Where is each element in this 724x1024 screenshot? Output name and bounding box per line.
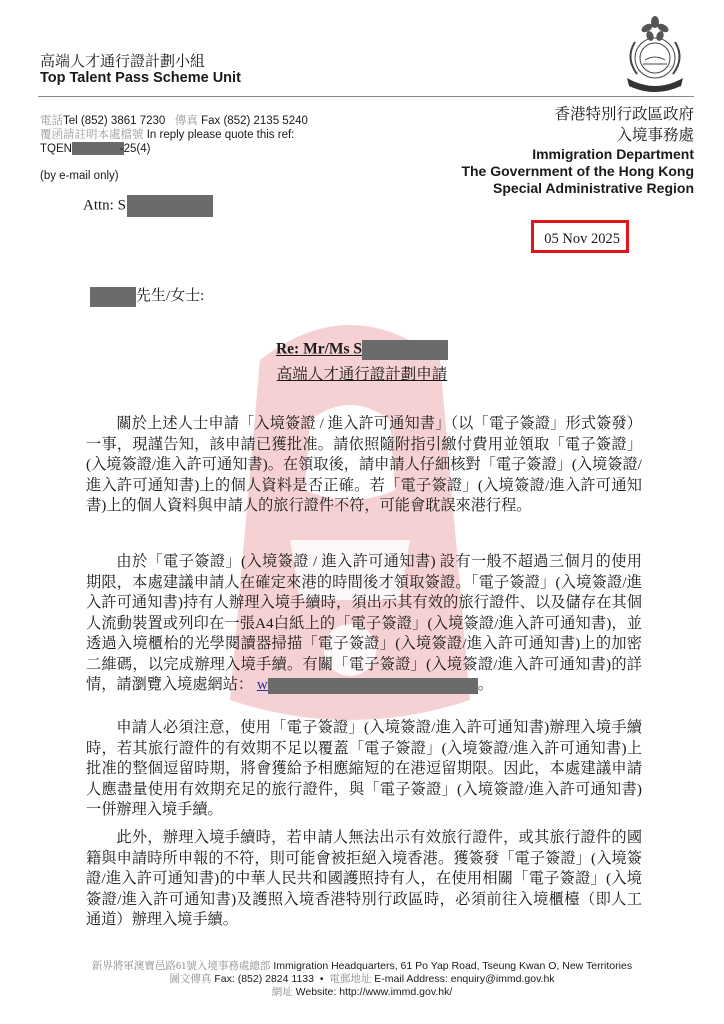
salutation-suffix: 先生/女士: — [136, 288, 204, 304]
footer-address: 新界將軍澳寶邑路61號入境事務處總部 Immigration Headquart… — [0, 960, 724, 973]
paragraph-validity-text: 由於「電子簽證」(入境簽證 / 進入許可通知書) 設有一般不超過三個月的使用期限… — [86, 553, 642, 693]
website-link[interactable]: w — [257, 676, 268, 693]
redaction-block — [268, 678, 478, 694]
paragraph-validity: 由於「電子簽證」(入境簽證 / 進入許可通知書) 設有一般不超過三個月的使用期限… — [86, 552, 642, 696]
letter-date: 05 Nov 2025 — [531, 220, 629, 253]
redaction-block — [127, 195, 213, 217]
reference-label-line: 覆函請註明本處檔號 In reply please quote this ref… — [40, 128, 308, 142]
ref-prefix: TQEN- — [40, 143, 76, 155]
paragraph-entry-requirements: 此外，辦理入境手續時，若申請人無法出示有效旅行證件，或其旅行證件的國籍與申請時所… — [86, 828, 642, 931]
fax-number: Fax (852) 2135 5240 — [201, 115, 308, 127]
ref-label-zh: 覆函請註明本處檔號 — [40, 129, 144, 141]
fax-label-zh: 傳真 — [175, 115, 198, 127]
paragraph-travel-document: 申請人必須注意，使用「電子簽證」(入境簽證/進入許可通知書)辦理入境手續時，若其… — [86, 718, 642, 821]
immigration-emblem-icon — [615, 14, 695, 92]
footer-fax: Fax: (852) 2824 1133 — [214, 973, 314, 985]
unit-name-zh: 高端人才通行證計劃小組 — [40, 50, 205, 71]
tel-label-zh: 電話 — [40, 115, 63, 127]
ref-suffix: -25(4) — [120, 143, 151, 155]
government-block: 香港特別行政區政府 入境事務處 Immigration Department T… — [461, 104, 694, 197]
department-name-en: Immigration Department — [461, 146, 694, 163]
footer-website-url[interactable]: Website: http://www.immd.gov.hk/ — [296, 986, 453, 998]
attention-line: Attn: S — [83, 195, 213, 217]
header-divider — [38, 96, 694, 97]
footer: 新界將軍澳寶邑路61號入境事務處總部 Immigration Headquart… — [0, 960, 724, 999]
gov-name-zh: 香港特別行政區政府 — [461, 104, 694, 125]
bullet-separator: • — [320, 973, 324, 985]
footer-email[interactable]: E-mail Address: enquiry@immd.gov.hk — [374, 973, 554, 985]
unit-name-en: Top Talent Pass Scheme Unit — [40, 70, 241, 86]
department-name-zh: 入境事務處 — [461, 125, 694, 146]
footer-contact: 圖文傳真 Fax: (852) 2824 1133 • 電郵地址 E-mail … — [0, 973, 724, 986]
website-label-zh: 網址 — [272, 987, 293, 998]
address-en: Immigration Headquarters, 61 Po Yap Road… — [273, 960, 632, 972]
subject-prefix: Re: Mr/Ms S — [276, 341, 362, 358]
contact-block: 電話Tel (852) 3861 7230 傳真 Fax (852) 2135 … — [40, 114, 308, 156]
reference-number: TQEN--25(4) — [40, 142, 308, 156]
redaction-block — [90, 287, 136, 307]
attn-label: Attn: S — [83, 197, 126, 213]
delivery-method: (by e-mail only) — [40, 170, 119, 182]
subject-line: Re: Mr/Ms S — [0, 340, 724, 360]
footer-website: 網址 Website: http://www.immd.gov.hk/ — [0, 986, 724, 999]
salutation: 先生/女士: — [90, 284, 204, 307]
address-zh: 新界將軍澳寶邑路61號入境事務處總部 — [92, 961, 271, 972]
phone-fax-line: 電話Tel (852) 3861 7230 傳真 Fax (852) 2135 … — [40, 114, 308, 128]
email-label-zh: 電郵地址 — [329, 974, 371, 985]
ref-label-en: In reply please quote this ref: — [147, 129, 295, 141]
subject-zh: 高端人才通行證計劃申請 — [0, 362, 724, 384]
redaction-block — [362, 340, 448, 360]
redaction-block — [72, 142, 124, 155]
paragraph-approval: 關於上述人士申請「入境簽證 / 進入許可通知書」（以「電子簽證」形式簽發）一事，… — [86, 414, 642, 517]
gov-name-en-line2: Special Administrative Region — [461, 180, 694, 197]
tel-number: Tel (852) 3861 7230 — [63, 115, 165, 127]
link-end-punctuation: 。 — [478, 676, 493, 693]
gov-name-en-line1: The Government of the Hong Kong — [461, 163, 694, 180]
fax-label-zh: 圖文傳真 — [169, 974, 211, 985]
